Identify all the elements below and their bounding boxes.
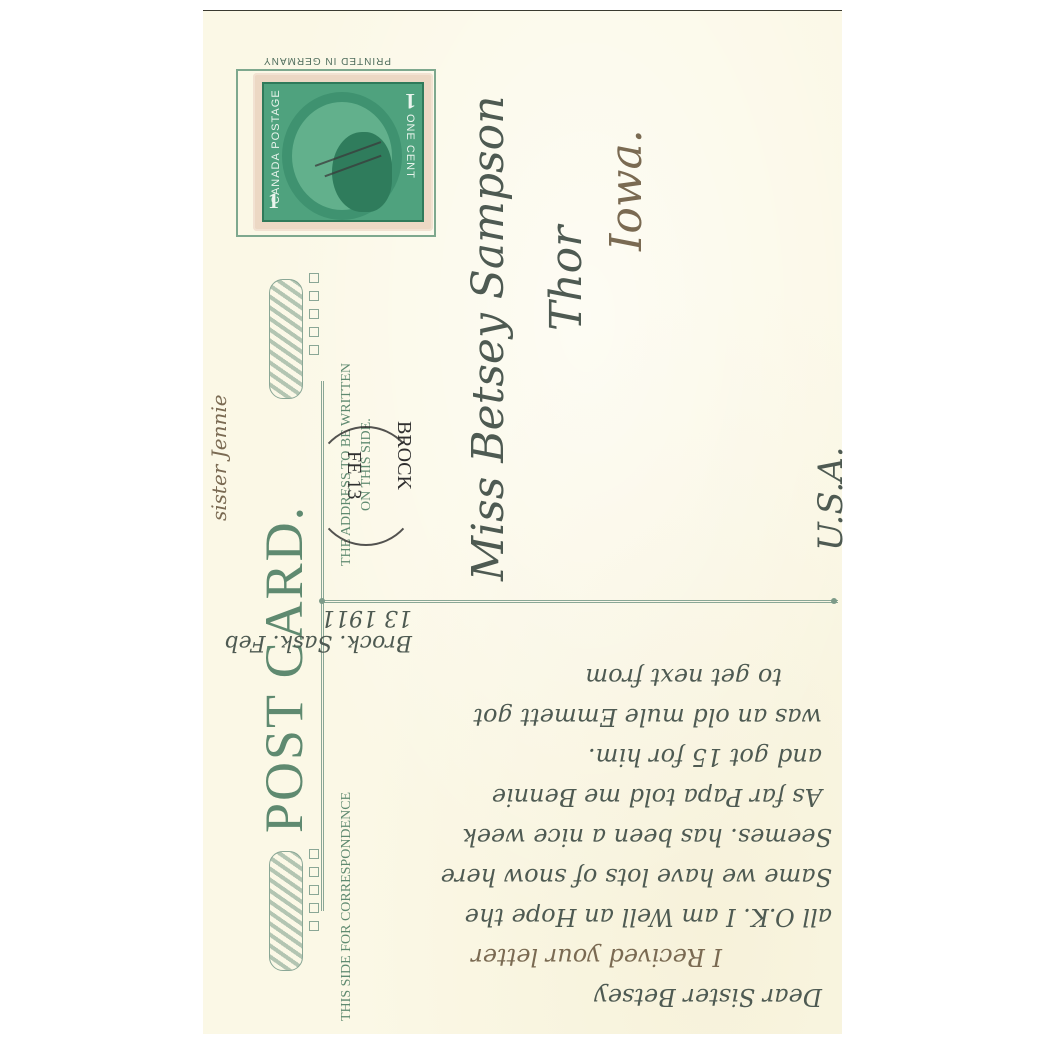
postage-stamp: 1 1 CANADA POSTAGE ONE CENT (253, 73, 433, 231)
laurel-ornament-icon (269, 279, 303, 399)
postmark-date: FE 13 (342, 451, 365, 499)
ornament-dot (831, 598, 837, 604)
ornament-dot (319, 598, 325, 604)
address-state: Iowa. (601, 129, 652, 251)
message-area: Dear Sister Betsey I Recived your letter… (203, 611, 842, 1035)
postcard: PRINTED IN GERMANY 1 1 CANADA POSTAGE ON… (203, 10, 842, 1034)
message-line: to get next from (585, 663, 782, 691)
message-line: As far Papa told me Bennie (492, 783, 822, 811)
message-place-date: Brock. Sask. Feb 13 1911 (203, 605, 412, 655)
message-line: Same we have lots of snow here (441, 863, 832, 891)
address-country: U.S.A. (811, 446, 851, 551)
stamp-value: ONE CENT (404, 114, 416, 179)
stamp-denomination: 1 (405, 88, 416, 114)
message-signature: sister Jennie (207, 394, 231, 521)
divider-horizontal (322, 600, 838, 603)
printed-in-germany-label: PRINTED IN GERMANY (263, 55, 391, 66)
address-town: Thor (541, 226, 592, 331)
message-line: I Recived your letter (471, 943, 722, 971)
stamp-country: CANADA POSTAGE (270, 89, 282, 204)
postmark-town: BROCK (392, 421, 415, 490)
address-name: Miss Betsey Sampson (463, 96, 514, 581)
message-line: Seemes. has been a nice week (462, 823, 832, 851)
king-portrait-icon (332, 132, 392, 212)
message-line: all O.K. I am Well an Hope the (465, 903, 832, 931)
message-salutation: Dear Sister Betsey (594, 983, 822, 1011)
message-line: was an old mule Emmett got (473, 703, 822, 731)
message-line: and got 15 for him. (588, 743, 822, 771)
